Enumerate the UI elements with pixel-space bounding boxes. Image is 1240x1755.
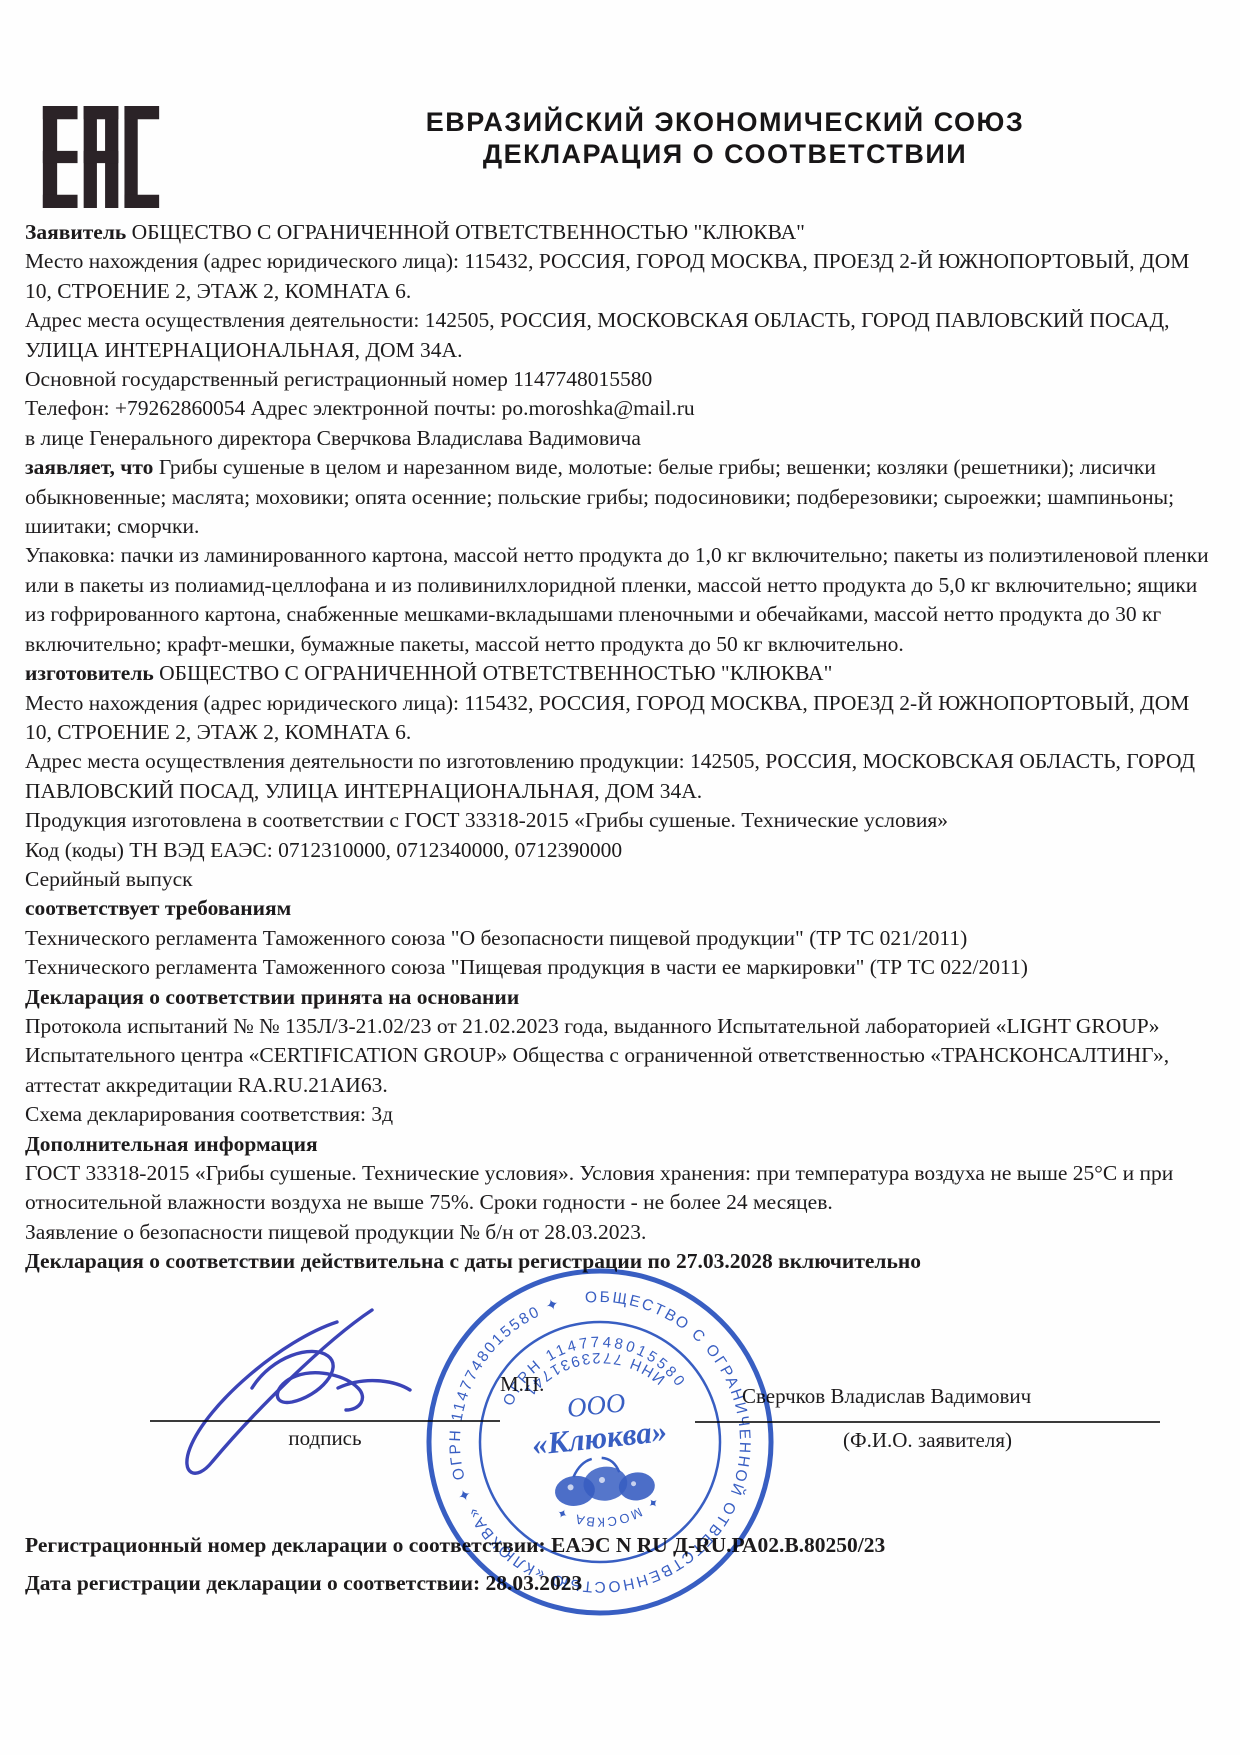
cranberries-emblem: [552, 1453, 656, 1509]
paragraph: Декларация о соответствии принята на осн…: [25, 983, 1215, 1012]
paragraph: Заявление о безопасности пищевой продукц…: [25, 1218, 1215, 1247]
paragraph: Дополнительная информация: [25, 1130, 1215, 1159]
paragraph: изготовитель ОБЩЕСТВО С ОГРАНИЧЕННОЙ ОТВ…: [25, 659, 1215, 688]
paragraph: Адрес места осуществления деятельности: …: [25, 306, 1215, 365]
eac-mark-letters: [43, 106, 159, 208]
company-round-stamp: ОБЩЕСТВО С ОГРАНИЧЕННОЙ ОТВЕТСТВЕННОСТЬЮ…: [402, 1244, 798, 1640]
stamp-company-name: «Клюква»: [530, 1413, 668, 1462]
paragraph: Заявитель ОБЩЕСТВО С ОГРАНИЧЕННОЙ ОТВЕТС…: [25, 218, 1215, 247]
paragraph: Серийный выпуск: [25, 865, 1215, 894]
paragraph: Основной государственный регистрационный…: [25, 365, 1215, 394]
paragraph: ГОСТ 33318-2015 «Грибы сушеные. Техничес…: [25, 1159, 1215, 1218]
paragraph: заявляет, что Грибы сушеные в целом и на…: [25, 453, 1215, 541]
paragraph: Схема декларирования соответствия: 3д: [25, 1100, 1215, 1129]
paragraph: Адрес места осуществления деятельности п…: [25, 747, 1215, 806]
paragraph: Телефон: +79262860054 Адрес электронной …: [25, 394, 1215, 423]
applicant-name: Сверчков Владислав Вадимович: [742, 1384, 1172, 1409]
paragraph: Продукция изготовлена в соответствии с Г…: [25, 806, 1215, 835]
declaration-page: ЕВРАЗИЙСКИЙ ЭКОНОМИЧЕСКИЙ СОЮЗ ДЕКЛАРАЦИ…: [0, 0, 1240, 1755]
title-line-declaration: ДЕКЛАРАЦИЯ О СООТВЕТСТВИИ: [330, 138, 1120, 170]
paragraph: Упаковка: пачки из ламинированного карто…: [25, 541, 1215, 659]
paragraph: Место нахождения (адрес юридического лиц…: [25, 689, 1215, 748]
paragraph: Технического регламента Таможенного союз…: [25, 953, 1215, 982]
declaration-body: Заявитель ОБЩЕСТВО С ОГРАНИЧЕННОЙ ОТВЕТС…: [25, 218, 1215, 1277]
title-line-union: ЕВРАЗИЙСКИЙ ЭКОНОМИЧЕСКИЙ СОЮЗ: [330, 106, 1120, 138]
paragraph: Место нахождения (адрес юридического лиц…: [25, 247, 1215, 306]
paragraph: Протокола испытаний № № 135Л/З-21.02/23 …: [25, 1012, 1215, 1100]
eac-mark-logo: [42, 106, 160, 208]
paragraph: соответствует требованиям: [25, 894, 1215, 923]
paragraph: в лице Генерального директора Сверчкова …: [25, 424, 1215, 453]
document-title: ЕВРАЗИЙСКИЙ ЭКОНОМИЧЕСКИЙ СОЮЗ ДЕКЛАРАЦИ…: [330, 106, 1120, 170]
paragraph: Технического регламента Таможенного союз…: [25, 924, 1215, 953]
paragraph: Код (коды) ТН ВЭД ЕАЭС: 0712310000, 0712…: [25, 836, 1215, 865]
